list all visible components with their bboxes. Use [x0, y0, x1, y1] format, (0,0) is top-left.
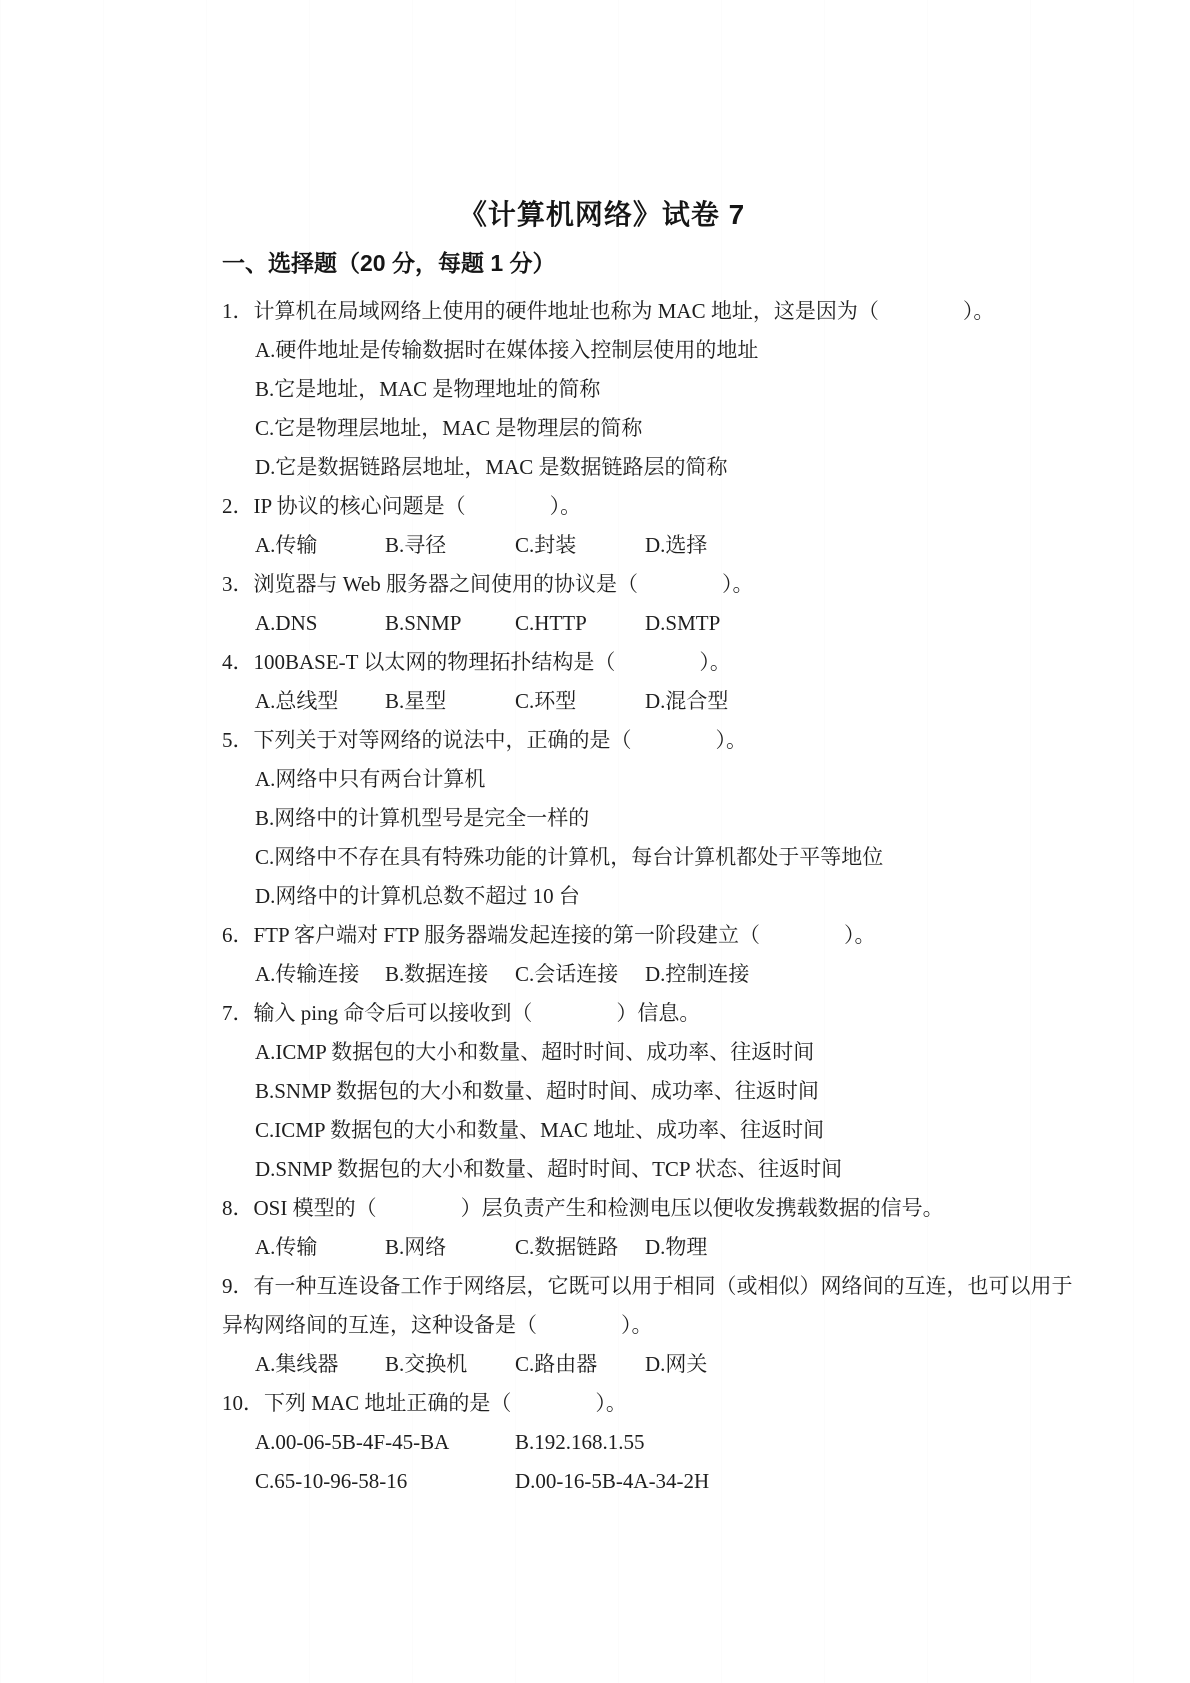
document-title: 《计算机网络》试卷 7: [222, 198, 982, 232]
options-list: A.ICMP 数据包的大小和数量、超时时间、成功率、往返时间B.SNMP 数据包…: [222, 1033, 982, 1189]
question-number: 2．: [222, 494, 254, 518]
question-text-line: 6．FTP 客户端对 FTP 服务器端发起连接的第一阶段建立（ ）。: [222, 916, 982, 955]
option-item: C.封装: [515, 526, 645, 565]
question-text: 异构网络间的互连，这种设备是（ ）。: [222, 1313, 653, 1337]
question-number: 3．: [222, 572, 254, 596]
option-item: C.ICMP 数据包的大小和数量、MAC 地址、成功率、往返时间: [222, 1111, 982, 1150]
option-item: A.传输连接: [255, 955, 385, 994]
option-item: A.总线型: [255, 682, 385, 721]
question-text-line: 1．计算机在局域网络上使用的硬件地址也称为 MAC 地址，这是因为（ ）。: [222, 292, 982, 331]
option-item: B.网络: [385, 1228, 515, 1267]
options-list: A.传输连接B.数据连接C.会话连接D.控制连接: [222, 955, 982, 994]
question-text: IP 协议的核心问题是（ ）。: [254, 494, 582, 518]
question: 3．浏览器与 Web 服务器之间使用的协议是（ ）。A.DNSB.SNMPC.H…: [222, 565, 982, 643]
question-number: 7．: [222, 1001, 254, 1025]
question: 10．下列 MAC 地址正确的是（ ）。A.00-06-5B-4F-45-BAB…: [222, 1384, 982, 1501]
question-text-line: 4．100BASE-T 以太网的物理拓扑结构是（ ）。: [222, 643, 982, 682]
option-item: B.数据连接: [385, 955, 515, 994]
question-text-line: 7．输入 ping 命令后可以接收到（ ）信息。: [222, 994, 982, 1033]
question-text: OSI 模型的（ ）层负责产生和检测电压以便收发携载数据的信号。: [254, 1196, 944, 1220]
question-number: 6．: [222, 923, 254, 947]
question: 1．计算机在局域网络上使用的硬件地址也称为 MAC 地址，这是因为（ ）。A.硬…: [222, 292, 982, 487]
question-number: 10．: [222, 1391, 264, 1415]
options-list: A.集线器B.交换机C.路由器D.网关: [222, 1345, 982, 1384]
section-heading: 一、选择题（20 分，每题 1 分）: [222, 248, 982, 278]
option-item: A.传输: [255, 526, 385, 565]
question-text: 输入 ping 命令后可以接收到（ ）信息。: [254, 1001, 701, 1025]
option-item: B.星型: [385, 682, 515, 721]
question-text-line: 10．下列 MAC 地址正确的是（ ）。: [222, 1384, 982, 1423]
option-item: B.192.168.1.55: [515, 1423, 982, 1462]
option-item: B.它是地址，MAC 是物理地址的简称: [222, 370, 982, 409]
question-text: 100BASE-T 以太网的物理拓扑结构是（ ）。: [254, 650, 731, 674]
option-item: D.物理: [645, 1228, 707, 1267]
question-text: FTP 客户端对 FTP 服务器端发起连接的第一阶段建立（ ）。: [254, 923, 876, 947]
option-item: D.00-16-5B-4A-34-2H: [515, 1462, 982, 1501]
question-text-line: 9．有一种互连设备工作于网络层，它既可以用于相同（或相似）网络间的互连，也可以用…: [222, 1267, 982, 1306]
option-item: D.选择: [645, 526, 707, 565]
question: 6．FTP 客户端对 FTP 服务器端发起连接的第一阶段建立（ ）。A.传输连接…: [222, 916, 982, 994]
option-item: D.它是数据链路层地址，MAC 是数据链路层的简称: [222, 448, 982, 487]
option-item: B.SNMP 数据包的大小和数量、超时时间、成功率、往返时间: [222, 1072, 982, 1111]
option-item: D.SMTP: [645, 604, 720, 643]
question-number: 5．: [222, 728, 254, 752]
option-item: A.传输: [255, 1228, 385, 1267]
option-item: B.寻径: [385, 526, 515, 565]
option-item: A.网络中只有两台计算机: [222, 760, 982, 799]
option-item: D.控制连接: [645, 955, 749, 994]
question-number: 9．: [222, 1274, 254, 1298]
option-item: D.网络中的计算机总数不超过 10 台: [222, 877, 982, 916]
question: 8．OSI 模型的（ ）层负责产生和检测电压以便收发携载数据的信号。A.传输B.…: [222, 1189, 982, 1267]
option-item: A.硬件地址是传输数据时在媒体接入控制层使用的地址: [222, 331, 982, 370]
questions-list: 1．计算机在局域网络上使用的硬件地址也称为 MAC 地址，这是因为（ ）。A.硬…: [222, 292, 982, 1501]
question-number: 1．: [222, 299, 254, 323]
question-text: 有一种互连设备工作于网络层，它既可以用于相同（或相似）网络间的互连，也可以用于: [254, 1274, 1073, 1298]
option-item: B.SNMP: [385, 604, 515, 643]
option-item: D.混合型: [645, 682, 728, 721]
options-list: A.总线型B.星型C.环型D.混合型: [222, 682, 982, 721]
options-list: A.DNSB.SNMPC.HTTPD.SMTP: [222, 604, 982, 643]
options-list: A.网络中只有两台计算机B.网络中的计算机型号是完全一样的C.网络中不存在具有特…: [222, 760, 982, 916]
option-item: C.会话连接: [515, 955, 645, 994]
option-item: C.环型: [515, 682, 645, 721]
question-text: 浏览器与 Web 服务器之间使用的协议是（ ）。: [254, 572, 754, 596]
options-list: A.传输B.网络C.数据链路D.物理: [222, 1228, 982, 1267]
option-item: A.00-06-5B-4F-45-BA: [255, 1423, 515, 1462]
option-item: B.网络中的计算机型号是完全一样的: [222, 799, 982, 838]
question-text: 计算机在局域网络上使用的硬件地址也称为 MAC 地址，这是因为（ ）。: [254, 299, 995, 323]
option-item: D.SNMP 数据包的大小和数量、超时时间、TCP 状态、往返时间: [222, 1150, 982, 1189]
question-text-line: 8．OSI 模型的（ ）层负责产生和检测电压以便收发携载数据的信号。: [222, 1189, 982, 1228]
question-text-line: 异构网络间的互连，这种设备是（ ）。: [222, 1306, 982, 1345]
option-item: C.HTTP: [515, 604, 645, 643]
option-item: C.网络中不存在具有特殊功能的计算机，每台计算机都处于平等地位: [222, 838, 982, 877]
question: 9．有一种互连设备工作于网络层，它既可以用于相同（或相似）网络间的互连，也可以用…: [222, 1267, 982, 1384]
question: 2．IP 协议的核心问题是（ ）。A.传输B.寻径C.封装D.选择: [222, 487, 982, 565]
question-text-line: 2．IP 协议的核心问题是（ ）。: [222, 487, 982, 526]
option-item: A.集线器: [255, 1345, 385, 1384]
exam-content: 《计算机网络》试卷 7 一、选择题（20 分，每题 1 分） 1．计算机在局域网…: [222, 198, 982, 1501]
options-list: A.硬件地址是传输数据时在媒体接入控制层使用的地址B.它是地址，MAC 是物理地…: [222, 331, 982, 487]
option-item: A.ICMP 数据包的大小和数量、超时时间、成功率、往返时间: [222, 1033, 982, 1072]
option-item: C.65-10-96-58-16: [255, 1462, 515, 1501]
question-number: 8．: [222, 1196, 254, 1220]
question-text-line: 5．下列关于对等网络的说法中，正确的是（ ）。: [222, 721, 982, 760]
question-text: 下列关于对等网络的说法中，正确的是（ ）。: [254, 728, 748, 752]
option-item: A.DNS: [255, 604, 385, 643]
question: 4．100BASE-T 以太网的物理拓扑结构是（ ）。A.总线型B.星型C.环型…: [222, 643, 982, 721]
question: 5．下列关于对等网络的说法中，正确的是（ ）。A.网络中只有两台计算机B.网络中…: [222, 721, 982, 916]
option-item: C.路由器: [515, 1345, 645, 1384]
question-text-line: 3．浏览器与 Web 服务器之间使用的协议是（ ）。: [222, 565, 982, 604]
option-item: D.网关: [645, 1345, 707, 1384]
option-item: C.数据链路: [515, 1228, 645, 1267]
question-text: 下列 MAC 地址正确的是（ ）。: [264, 1391, 627, 1415]
option-item: C.它是物理层地址，MAC 是物理层的简称: [222, 409, 982, 448]
question-number: 4．: [222, 650, 254, 674]
options-list: A.传输B.寻径C.封装D.选择: [222, 526, 982, 565]
options-list: A.00-06-5B-4F-45-BAB.192.168.1.55C.65-10…: [222, 1423, 982, 1501]
option-item: B.交换机: [385, 1345, 515, 1384]
exam-page: 《计算机网络》试卷 7 一、选择题（20 分，每题 1 分） 1．计算机在局域网…: [0, 0, 1190, 1683]
question: 7．输入 ping 命令后可以接收到（ ）信息。A.ICMP 数据包的大小和数量…: [222, 994, 982, 1189]
